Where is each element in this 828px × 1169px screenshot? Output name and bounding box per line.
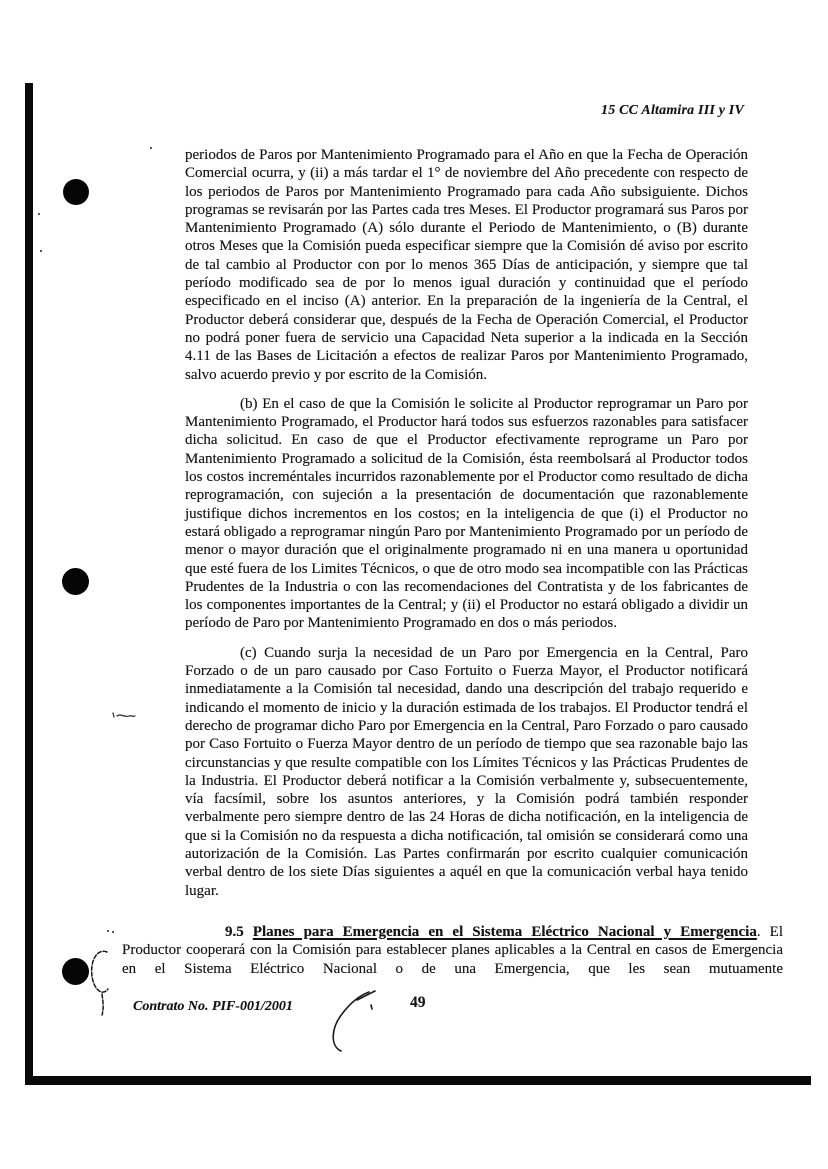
- scan-speck: [107, 930, 109, 932]
- scan-edge-left: [25, 83, 33, 1085]
- hole-punch-mark: [63, 179, 89, 205]
- hole-punch-mark: [62, 958, 89, 985]
- scan-speck: [38, 213, 40, 215]
- section-number: 9.5: [225, 924, 244, 940]
- paragraph-b: (b) En el caso de que la Comisión le sol…: [185, 395, 748, 633]
- section-heading: Planes para Emergencia en el Sistema Elé…: [253, 924, 757, 940]
- contract-body: periodos de Paros por Mantenimiento Prog…: [185, 146, 748, 911]
- section-9-5: 9.5 Planes para Emergencia en el Sistema…: [122, 923, 783, 978]
- hole-punch-mark: [62, 568, 89, 595]
- scan-speck: [112, 931, 114, 933]
- scan-edge-bottom: [25, 1076, 811, 1085]
- scan-speck: [40, 250, 42, 252]
- handwritten-scribble: [113, 713, 135, 717]
- paragraph-continuation: periodos de Paros por Mantenimiento Prog…: [185, 146, 748, 384]
- page-number: 49: [410, 994, 426, 1012]
- footer-contract-number: Contrato No. PIF-001/2001: [133, 999, 293, 1015]
- paragraph-c: (c) Cuando surja la necesidad de un Paro…: [185, 644, 748, 900]
- handwritten-loop-mark: [92, 951, 108, 1015]
- handwritten-swoosh: [333, 991, 375, 1051]
- scan-speck: [150, 147, 152, 149]
- scanned-contract-page: 15 CC Altamira III y IV periodos de Paro…: [0, 0, 828, 1169]
- running-header: 15 CC Altamira III y IV: [601, 103, 744, 119]
